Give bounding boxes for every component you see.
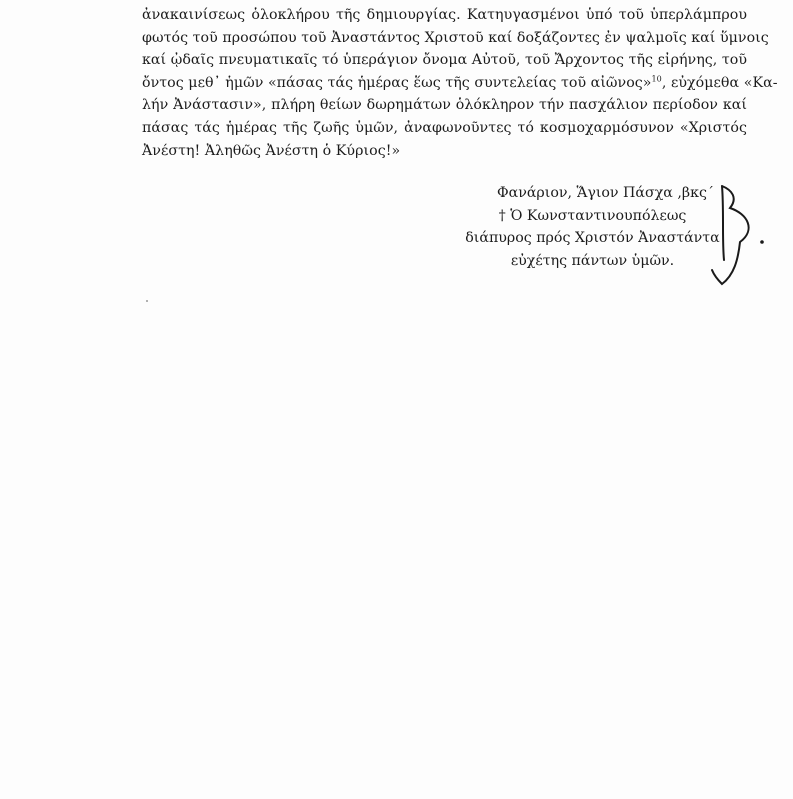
scan-speck: [146, 300, 148, 302]
text-line: φωτός τοῦ προσώπου τοῦ Ἀναστάντος Χριστο…: [142, 27, 747, 50]
text-line-main: ὄντος μεθ᾽ ἡμῶν «πάσας τάς ἡμέρας ἕως τῆ…: [142, 75, 652, 91]
text-line: πάσας τάς ἡμέρας τῆς ζωῆς ὑμῶν, ἀναφωνοῦ…: [142, 117, 747, 140]
closing-line-2: εὐχέτης πάντων ὑμῶν.: [445, 250, 740, 273]
text-line: καί ᾠδαῖς πνευματικαῖς τό ὑπεράγιον ὄνομ…: [142, 49, 747, 72]
closing-line-1: διάπυρος πρός Χριστόν Ἀναστάντα: [445, 227, 740, 250]
handwritten-signature-icon: [700, 180, 780, 290]
footnote-reference[interactable]: 10: [652, 74, 662, 83]
text-line: λήν Ἀνάστασιν», πλήρη θείων δωρημάτων ὁλ…: [142, 94, 747, 117]
text-line: Ἀνέστη! Ἀληθῶς Ἀνέστη ὁ Κύριος!»: [142, 140, 747, 163]
document-page: ἀνακαινίσεως ὁλοκλήρου τῆς δημιουργίας. …: [0, 0, 793, 799]
place-date: Φανάριον, Ἅγιον Πάσχα ,βκς΄: [445, 182, 740, 205]
body-paragraph: ἀνακαινίσεως ὁλοκλήρου τῆς δημιουργίας. …: [142, 4, 747, 162]
text-line: ὄντος μεθ᾽ ἡμῶν «πάσας τάς ἡμέρας ἕως τῆ…: [142, 72, 747, 95]
text-line: ἀνακαινίσεως ὁλοκλήρου τῆς δημιουργίας. …: [142, 4, 747, 27]
text-line-tail: , εὐχόμεθα «Κα-: [662, 75, 778, 91]
signature-block: Φανάριον, Ἅγιον Πάσχα ,βκς΄ † Ὁ Κωνσταντ…: [445, 182, 740, 272]
signatory-title: † Ὁ Κωνσταντινουπόλεως: [445, 205, 740, 228]
